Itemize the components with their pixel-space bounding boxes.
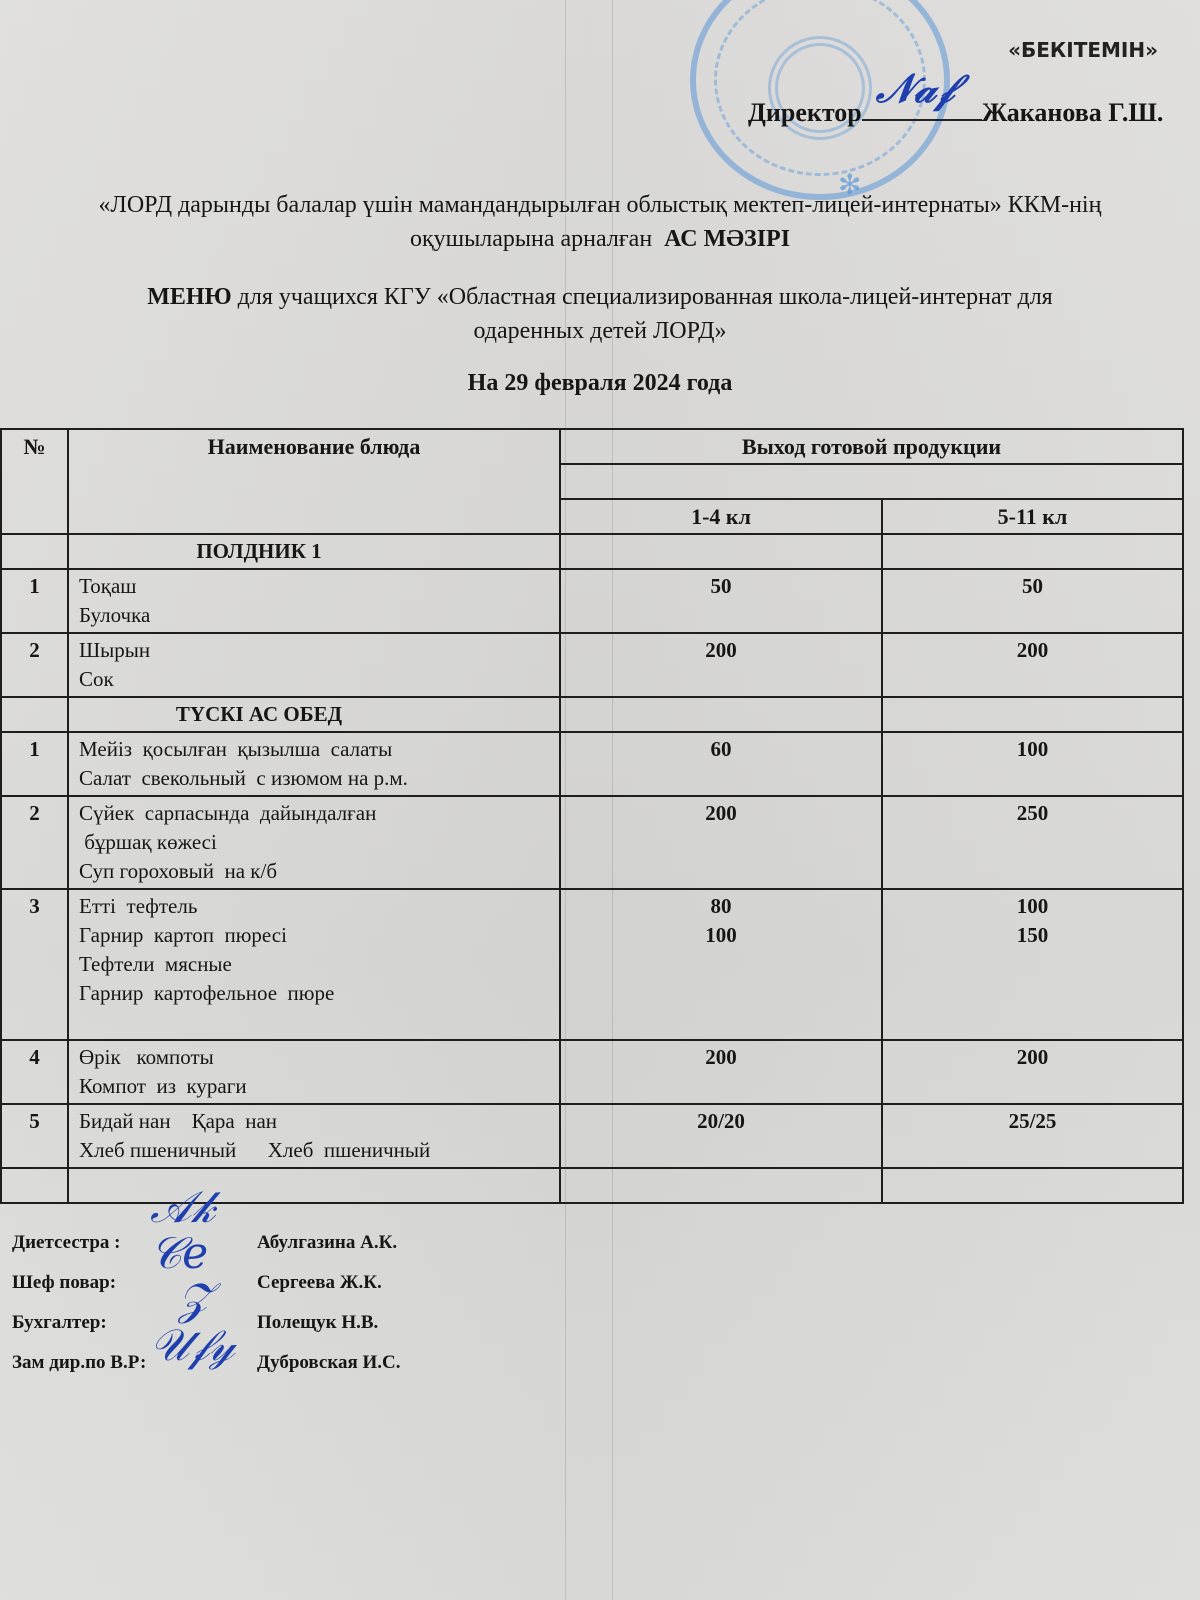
row-num: 5 xyxy=(1,1104,68,1168)
portion-5-11: 100 xyxy=(893,735,1172,764)
portion-1-4: 50 xyxy=(571,572,871,601)
signer-role: Зам дир.по В.Р: xyxy=(12,1352,146,1374)
portion-5-11: 250 xyxy=(893,799,1172,828)
section-empty-cell xyxy=(882,534,1183,569)
dish-name-line: бұршақ көжесі xyxy=(79,828,549,857)
portion-1-4-cell: 50 xyxy=(560,569,882,633)
section-row: ПОЛДНИК 1 xyxy=(1,534,1183,569)
title-kz-line2: оқушыларына арналған АС МӘЗІРІ xyxy=(0,222,1200,256)
portion-5-11: 200 xyxy=(893,1043,1172,1072)
portion-1-4-cell: 80100 xyxy=(560,889,882,1040)
header-spacer-cell xyxy=(560,464,1183,499)
row-num: 3 xyxy=(1,889,68,1040)
section-empty-cell xyxy=(882,697,1183,732)
title-ru-menu: МЕНЮ xyxy=(147,284,231,310)
row-num: 1 xyxy=(1,569,68,633)
signer-name: Абулгазина А.К. xyxy=(257,1232,397,1254)
director-signature-icon: 𝒩𝒶𝒻 xyxy=(876,65,954,112)
portion-1-4: 200 xyxy=(571,799,871,828)
dish-name-cell: Сүйек сарпасында дайындалған бұршақ көже… xyxy=(68,796,560,889)
signer-role: Шеф повар: xyxy=(12,1272,116,1294)
dish-name-line: Сүйек сарпасында дайындалған xyxy=(79,799,549,828)
row-num: 1 xyxy=(1,732,68,796)
portion-1-4: 200 xyxy=(571,636,871,665)
dish-name-line: Гарнир картоп пюресі xyxy=(79,921,549,950)
portion-1-4: 200 xyxy=(571,1043,871,1072)
portion-1-4-cell: 60 xyxy=(560,732,882,796)
dish-name-cell: Мейіз қосылған қызылша салатыСалат свеко… xyxy=(68,732,560,796)
title-ru-line1: МЕНЮ для учащихся КГУ «Областная специал… xyxy=(0,280,1200,314)
dish-name-line: Хлеб пшеничный Хлеб пшеничный xyxy=(79,1136,549,1165)
header-dish-name: Наименование блюда xyxy=(68,429,560,534)
table-row: 2 Сүйек сарпасында дайындалған бұршақ кө… xyxy=(1,796,1183,889)
row-num: 2 xyxy=(1,796,68,889)
header-grades-5-11: 5-11 кл xyxy=(882,499,1183,534)
empty-cell xyxy=(560,1168,882,1203)
title-ru-rest: для учащихся КГУ «Областная специализиро… xyxy=(238,284,1053,310)
portion-1-4-cell: 200 xyxy=(560,633,882,697)
dish-name-line: Булочка xyxy=(79,601,549,630)
section-num-cell xyxy=(1,534,68,569)
menu-date: На 29 февраля 2024 года xyxy=(0,370,1200,397)
dish-name-line: Мейіз қосылған қызылша салаты xyxy=(79,735,549,764)
portion-1-4: 80 xyxy=(571,892,871,921)
dish-name-line: Салат свекольный с изюмом на р.м. xyxy=(79,764,549,793)
dish-name-line xyxy=(79,1008,549,1037)
portion-5-11: 50 xyxy=(893,572,1172,601)
portion-5-11-cell: 50 xyxy=(882,569,1183,633)
table-row: 5 Бидай нан Қара нанХлеб пшеничный Хлеб … xyxy=(1,1104,1183,1168)
table-row: 4 Өрік компотыКомпот из кураги 200 200 xyxy=(1,1040,1183,1104)
menu-table: № Наименование блюда Выход готовой проду… xyxy=(0,428,1184,1204)
section-empty-cell xyxy=(560,534,882,569)
director-approval: Директор𝒩𝒶𝒻Жаканова Г.Ш. xyxy=(748,98,1163,128)
signer-name: Полещук Н.В. xyxy=(257,1312,378,1334)
signer-role: Диетсестра : xyxy=(12,1232,121,1254)
title-kazakh: «ЛОРД дарынды балалар үшін мамандандырыл… xyxy=(0,188,1200,256)
signer-row: Шеф повар: Сергеева Ж.К. xyxy=(12,1272,512,1312)
dish-name-line: Суп гороховый на к/б xyxy=(79,857,549,886)
dish-name-cell: ШырынСок xyxy=(68,633,560,697)
dish-name-line: Сок xyxy=(79,665,549,694)
portion-5-11-cell: 100150 xyxy=(882,889,1183,1040)
portion-5-11-cell: 200 xyxy=(882,633,1183,697)
row-num: 4 xyxy=(1,1040,68,1104)
portion-5-11: 150 xyxy=(893,921,1172,950)
portion-1-4-cell: 200 xyxy=(560,1040,882,1104)
portion-1-4-cell: 200 xyxy=(560,796,882,889)
header-output: Выход готовой продукции xyxy=(560,429,1183,464)
title-ru-line2: одаренных детей ЛОРД» xyxy=(0,314,1200,348)
table-row: 1 Мейіз қосылған қызылша салатыСалат све… xyxy=(1,732,1183,796)
title-russian: МЕНЮ для учащихся КГУ «Областная специал… xyxy=(0,280,1200,348)
title-kz-prefix: оқушыларына арналған xyxy=(410,226,652,252)
header-num: № xyxy=(1,429,68,534)
dish-name-line: Компот из кураги xyxy=(79,1072,549,1101)
section-title: ПОЛДНИК 1 xyxy=(68,534,560,569)
dish-name-cell: Бидай нан Қара нанХлеб пшеничный Хлеб пш… xyxy=(68,1104,560,1168)
signer-role: Бухгалтер: xyxy=(12,1312,107,1334)
section-num-cell xyxy=(1,697,68,732)
director-signature-line: 𝒩𝒶𝒻 xyxy=(862,99,982,121)
header-grades-1-4: 1-4 кл xyxy=(560,499,882,534)
empty-cell xyxy=(68,1168,560,1203)
empty-cell xyxy=(882,1168,1183,1203)
section-row: ТҮСКІ АС ОБЕД xyxy=(1,697,1183,732)
dish-name-line: Етті тефтель xyxy=(79,892,549,921)
dish-name-line: Шырын xyxy=(79,636,549,665)
portion-5-11-cell: 25/25 xyxy=(882,1104,1183,1168)
signer-row: Диетсестра : Абулгазина А.К. xyxy=(12,1232,512,1272)
signatures-handwritten-icon: 𝒜𝓀𝒞𝑒 𝒵𝒰𝒻𝓎 xyxy=(150,1185,235,1369)
signer-name: Сергеева Ж.К. xyxy=(257,1272,382,1294)
portion-5-11-cell: 250 xyxy=(882,796,1183,889)
dish-name-line: Тоқаш xyxy=(79,572,549,601)
portion-5-11-cell: 200 xyxy=(882,1040,1183,1104)
portion-5-11-cell: 100 xyxy=(882,732,1183,796)
dish-name-line: Бидай нан Қара нан xyxy=(79,1107,549,1136)
portion-5-11: 200 xyxy=(893,636,1172,665)
title-kz-line1: «ЛОРД дарынды балалар үшін мамандандырыл… xyxy=(0,188,1200,222)
empty-cell xyxy=(1,1168,68,1203)
dish-name-line: Гарнир картофельное пюре xyxy=(79,979,549,1008)
dish-name-cell: Етті тефтельГарнир картоп пюресіТефтели … xyxy=(68,889,560,1040)
section-title: ТҮСКІ АС ОБЕД xyxy=(68,697,560,732)
approval-label: «БЕКІТЕМІН» xyxy=(1008,38,1158,62)
title-kz-menu: АС МӘЗІРІ xyxy=(664,226,790,252)
portion-5-11: 100 xyxy=(893,892,1172,921)
table-header-row: № Наименование блюда Выход готовой проду… xyxy=(1,429,1183,464)
portion-1-4: 60 xyxy=(571,735,871,764)
signer-row: Бухгалтер: Полещук Н.В. xyxy=(12,1312,512,1352)
signer-row: Зам дир.по В.Р: Дубровская И.С. xyxy=(12,1352,512,1392)
signer-name: Дубровская И.С. xyxy=(257,1352,401,1374)
table-row: 3 Етті тефтельГарнир картоп пюресіТефтел… xyxy=(1,889,1183,1040)
director-name: Жаканова Г.Ш. xyxy=(982,98,1164,127)
signatories-block: Диетсестра : Абулгазина А.К.Шеф повар: С… xyxy=(12,1232,512,1392)
portion-1-4-cell: 20/20 xyxy=(560,1104,882,1168)
portion-5-11: 25/25 xyxy=(893,1107,1172,1136)
dish-name-line: Өрік компоты xyxy=(79,1043,549,1072)
portion-1-4: 20/20 xyxy=(571,1107,871,1136)
dish-name-cell: ТоқашБулочка xyxy=(68,569,560,633)
dish-name-line: Тефтели мясные xyxy=(79,950,549,979)
section-empty-cell xyxy=(560,697,882,732)
dish-name-cell: Өрік компотыКомпот из кураги xyxy=(68,1040,560,1104)
table-row: 2 ШырынСок 200 200 xyxy=(1,633,1183,697)
row-num: 2 xyxy=(1,633,68,697)
portion-1-4: 100 xyxy=(571,921,871,950)
director-label: Директор xyxy=(748,98,862,127)
table-row: 1 ТоқашБулочка 50 50 xyxy=(1,569,1183,633)
